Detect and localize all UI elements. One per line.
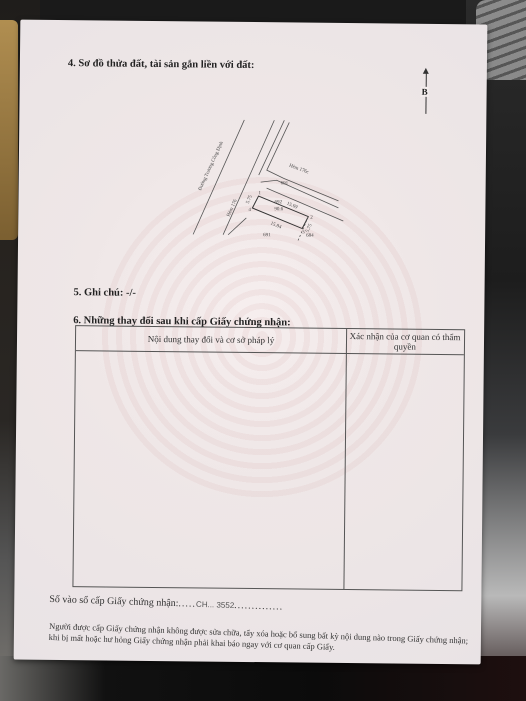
road-label: Hẻm 176 [227,198,239,217]
section-4-title: 4. Sơ đồ thửa đất, tài sản gắn liền với … [68,58,255,71]
parcel-area: 90.6 [274,207,283,212]
background-object [0,20,18,240]
footer-note: Người được cấp Giấy chứng nhận không đượ… [49,621,470,658]
column-header-changes: Nội dung thay đổi và cơ sở pháp lý [76,333,346,346]
neighbor-parcel: 691 [281,181,289,186]
certificate-page: 4. Sơ đồ thửa đất, tài sản gắn liền với … [14,20,488,665]
column-divider [343,329,347,589]
column-header-confirmation: Xác nhận của cơ quan có thẩm quyền [346,331,464,352]
vertex-label: 4 [248,208,251,213]
neighbor-parcel: 684 [306,234,314,239]
changes-table: Nội dung thay đổi và cơ sở pháp lý Xác n… [72,325,465,591]
registry-line: Số vào sổ cấp Giấy chứng nhận:.....CH...… [49,594,283,613]
vertex-label: 2 [310,216,313,221]
edge-length: 5.75 [305,223,313,233]
parcel-number: 692 [274,200,282,205]
road-label: Hẻm 176c [288,164,310,176]
north-label: B [421,87,429,97]
registry-number: CH... 3552 [196,600,235,610]
road-label: Đường Trương Công Định [198,140,225,191]
section-5-title: 5. Ghi chú: -/- [73,287,136,299]
neighbor-parcel: 691 [263,233,271,238]
parcel-sketch: Chỉ giới QH đường giao thông Đường Trươn… [188,99,349,241]
edge-length: 5.75 [246,194,254,204]
vertex-label: 1 [259,191,262,196]
edge-length: 15.84 [269,221,282,230]
registry-label: Số vào sổ cấp Giấy chứng nhận: [49,594,179,609]
